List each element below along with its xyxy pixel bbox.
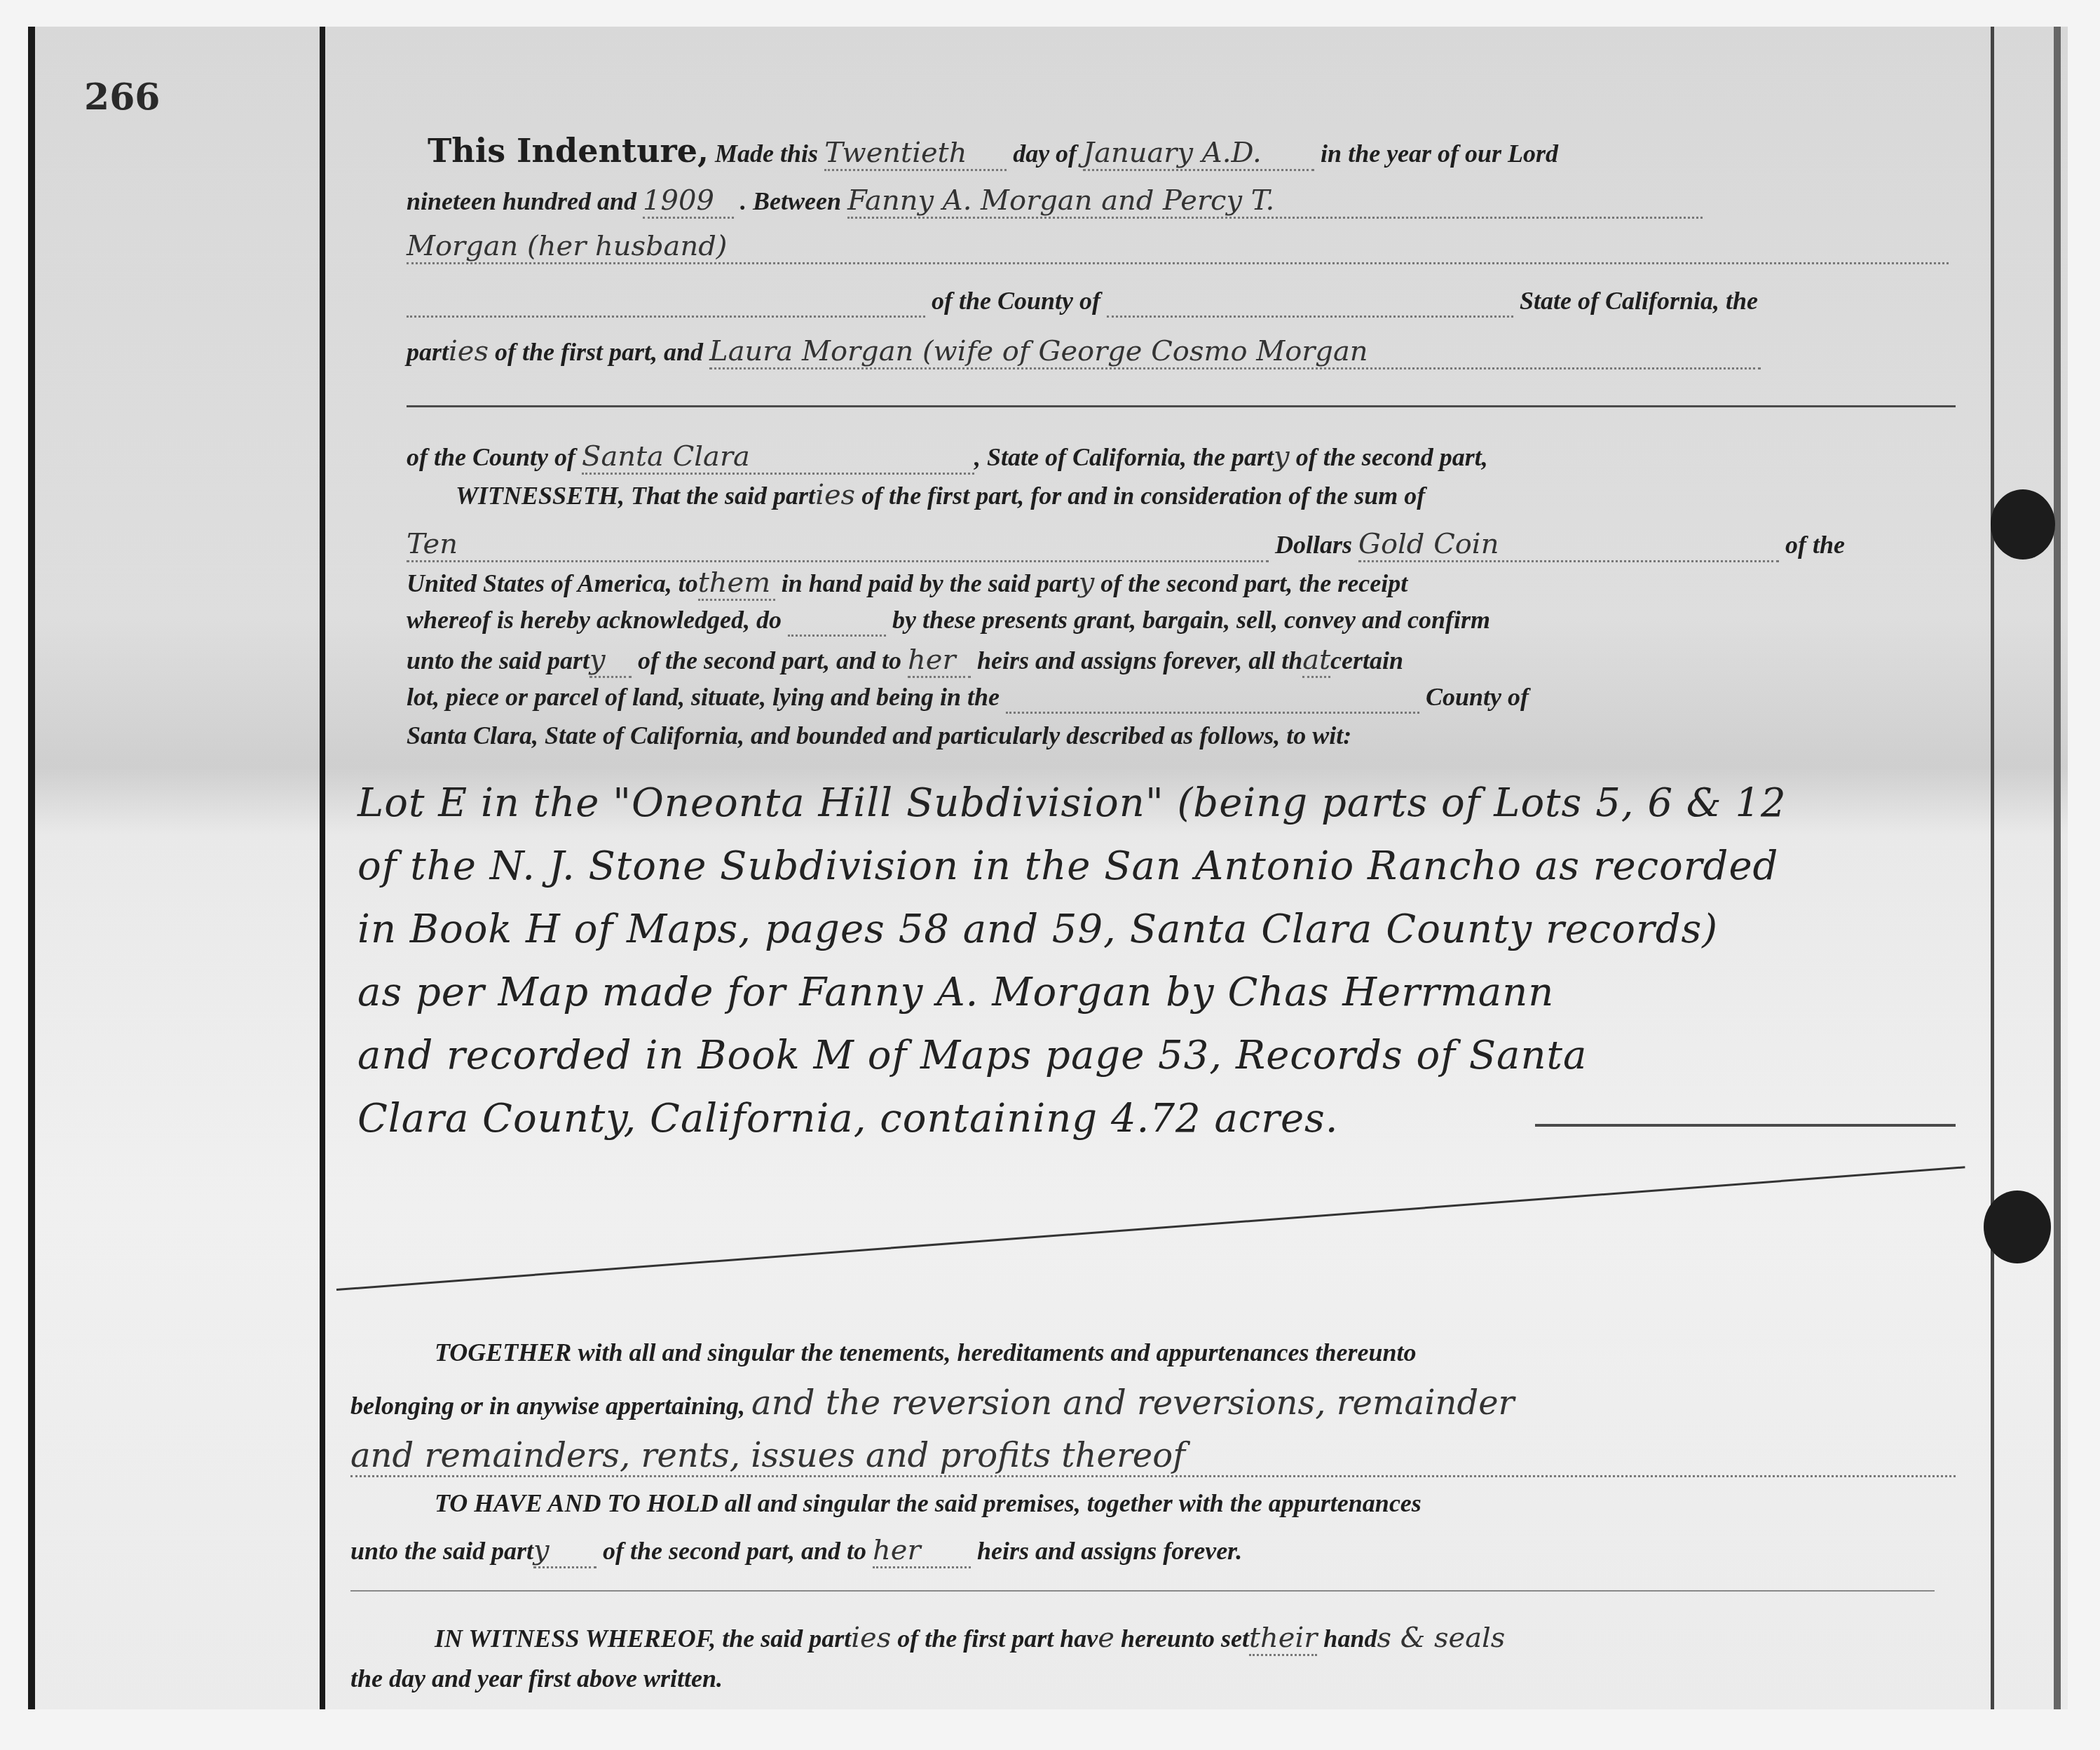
habendum-clause-2: unto the said party of the second part, … xyxy=(350,1534,1242,1568)
deed-sheet: 266 This Indenture, Made this Twentieth … xyxy=(28,27,2068,1709)
margin-rule xyxy=(320,27,325,1709)
property-description-line: and recorded in Book M of Maps page 53, … xyxy=(357,1033,1587,1078)
property-description-line: Lot E in the "Oneonta Hill Subdivision" … xyxy=(357,780,1787,826)
deed-line-10: whereof is hereby acknowledged, do by th… xyxy=(407,605,1490,637)
property-description-line: as per Map made for Fanny A. Morgan by C… xyxy=(357,970,1554,1015)
indenture-title: This Indenture, xyxy=(428,132,709,170)
together-clause-1: TOGETHER with all and singular the tenem… xyxy=(435,1338,1417,1367)
deed-line-3: Morgan (her husband) xyxy=(407,230,1949,264)
witness-clause-2: the day and year first above written. xyxy=(350,1664,723,1693)
deed-line-9: United States of America, tothem in hand… xyxy=(407,567,1407,601)
sum-field: Ten xyxy=(407,528,1269,562)
right-margin-rule xyxy=(1991,27,1994,1709)
deed-line-11: unto the said party of the second part, … xyxy=(407,644,1403,678)
description-cancel-stroke xyxy=(336,1166,1965,1291)
page-number: 266 xyxy=(84,76,161,118)
first-party-county-field xyxy=(1107,286,1513,318)
right-edge-rule xyxy=(2054,27,2061,1709)
binder-hole xyxy=(1984,1191,2051,1263)
property-description-line: in Book H of Maps, pages 58 and 59, Sant… xyxy=(357,907,1718,952)
binder-hole xyxy=(1991,489,2055,559)
month-field: January A.D. xyxy=(1083,137,1314,171)
deed-line-2: nineteen hundred and 1909 . Between Fann… xyxy=(407,184,1703,219)
year-field: 1909 xyxy=(643,184,734,219)
first-party-field: Fanny A. Morgan and Percy T. xyxy=(847,184,1703,219)
together-clause-2: belonging or in anywise appertaining, an… xyxy=(350,1383,1514,1423)
property-description-line: Clara County, California, containing 4.7… xyxy=(357,1096,1339,1141)
left-border-rule xyxy=(28,27,35,1709)
deed-line-4: of the County of State of California, th… xyxy=(407,286,1758,318)
habendum-rule xyxy=(350,1590,1935,1592)
coin-field: Gold Coin xyxy=(1358,528,1779,562)
blank-line-rule xyxy=(407,405,1956,407)
deed-line-5: parties of the first part, and Laura Mor… xyxy=(407,335,1761,369)
document-page: 266 This Indenture, Made this Twentieth … xyxy=(0,0,2100,1750)
day-field: Twentieth xyxy=(824,137,1007,171)
deed-line-1: This Indenture, Made this Twentieth day … xyxy=(428,132,1558,171)
deed-line-12: lot, piece or parcel of land, situate, l… xyxy=(407,682,1529,714)
habendum-clause-1: TO HAVE AND TO HOLD all and singular the… xyxy=(435,1488,1421,1518)
deed-line-8: Ten Dollars Gold Coin of the xyxy=(407,528,1845,562)
together-clause-3: and remainders, rents, issues and profit… xyxy=(350,1436,1956,1477)
description-end-rule xyxy=(1535,1124,1956,1127)
deed-line-7: WITNESSETH, That the said parties of the… xyxy=(456,479,1425,511)
witness-clause-1: IN WITNESS WHEREOF, the said parties of … xyxy=(435,1622,1505,1656)
second-party-field: Laura Morgan (wife of George Cosmo Morga… xyxy=(709,335,1761,369)
first-party-continued: Morgan (her husband) xyxy=(407,230,1949,264)
second-party-county-field: Santa Clara xyxy=(582,440,974,475)
deed-line-6: of the County of Santa Clara, State of C… xyxy=(407,440,1488,475)
deed-line-13: Santa Clara, State of California, and bo… xyxy=(407,721,1351,750)
property-description-line: of the N. J. Stone Subdivision in the Sa… xyxy=(357,843,1778,889)
